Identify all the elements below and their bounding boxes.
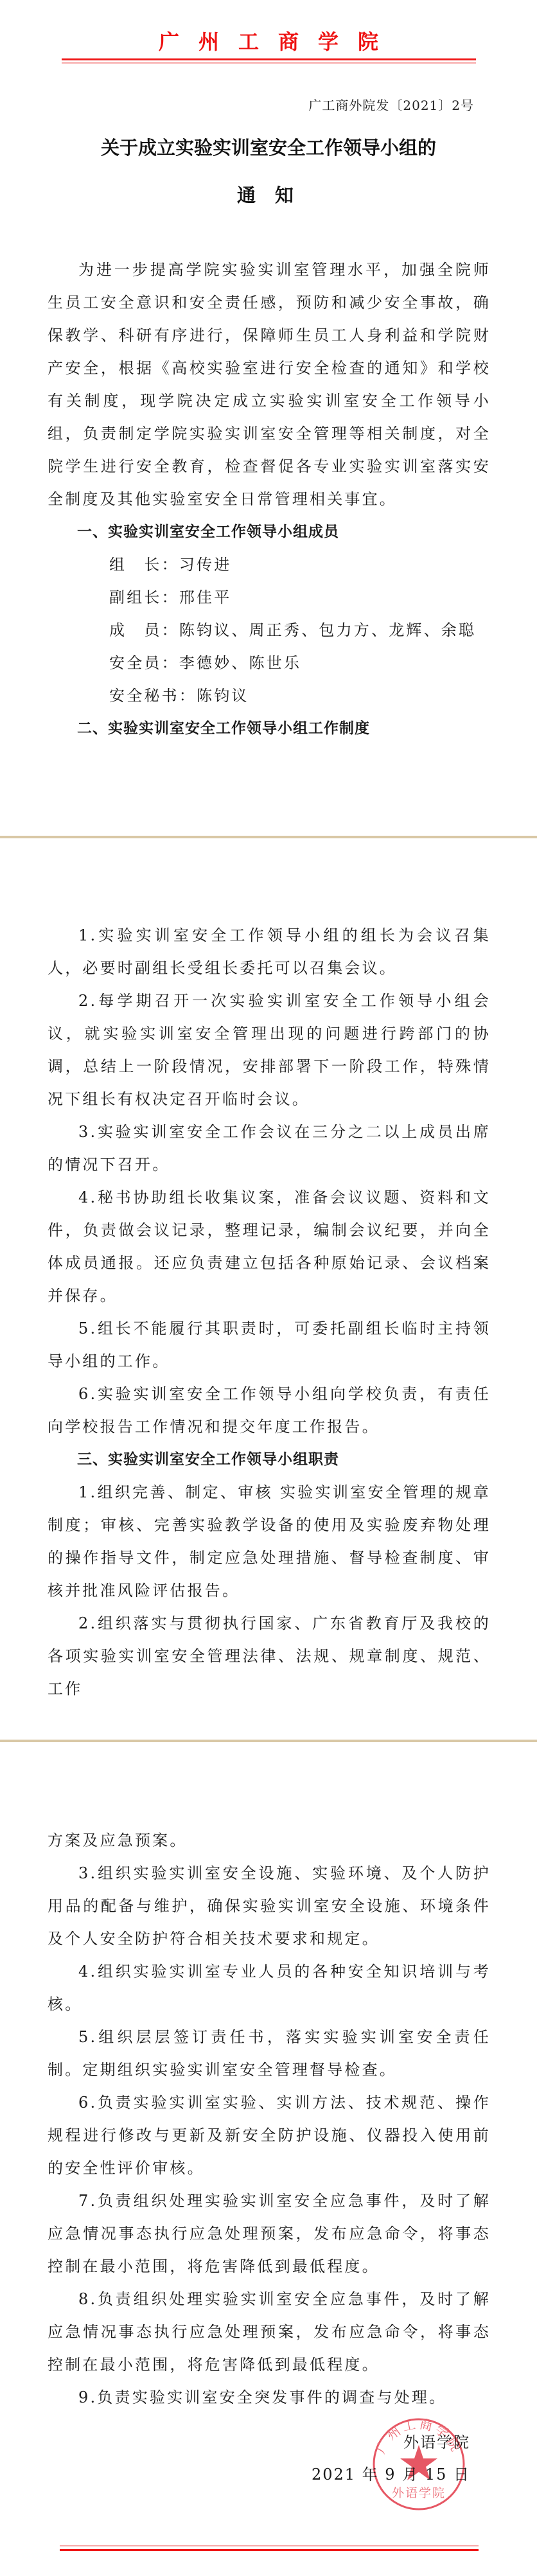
member-leader: 组 长：习传进 bbox=[48, 549, 491, 581]
member-members: 成 员：陈钧议、周正秀、包力方、龙辉、余聪 bbox=[48, 614, 491, 647]
document-title-line2: 通 知 bbox=[0, 181, 537, 207]
signature-date: 2021 年 9 月 15 日 bbox=[312, 2462, 470, 2484]
section-2-heading: 二、实验实训室安全工作领导小组工作制度 bbox=[48, 712, 491, 745]
duty-item: 7.负责组织处理实验实训室安全应急事件，及时了解应急情况事态执行应急处理预案，发… bbox=[48, 2185, 491, 2283]
duty-item: 2.组织落实与贯彻执行国家、广东省教育厅及我校的各项实验实训室安全管理法律、法规… bbox=[48, 1607, 491, 1706]
duty-item: 1.组织完善、制定、审核 实验实训室安全管理的规章制度；审核、完善实验教学设备的… bbox=[48, 1476, 491, 1607]
duty-item-continued: 方案及应急预案。 bbox=[48, 1824, 491, 1857]
stamp-bottom-text: 外语学院 bbox=[392, 2486, 446, 2500]
member-role-label: 成 员： bbox=[78, 614, 179, 647]
duty-item: 5.组织层层签订责任书，落实实验实训室安全责任制。定期组织实验实训室安全管理督导… bbox=[48, 2021, 491, 2086]
member-names: 李德妙、陈世乐 bbox=[179, 654, 301, 672]
member-safety-officers: 安全员：李德妙、陈世乐 bbox=[48, 647, 491, 680]
member-role-label: 安全秘书： bbox=[78, 680, 197, 712]
section-2-block: 1.实验实训室安全工作领导小组的组长为会议召集人，必要时副组长受组长委托可以召集… bbox=[48, 919, 491, 1706]
duty-item: 9.负责实验实训室安全突发事件的调查与处理。 bbox=[48, 2381, 491, 2414]
rule-item: 2.每学期召开一次实验实训室安全工作领导小组会议，就实验实训室安全管理出现的问题… bbox=[48, 985, 491, 1116]
member-names: 邢佳平 bbox=[179, 588, 232, 606]
rule-item: 3.实验实训室安全工作会议在三分之二以上成员出席的情况下召开。 bbox=[48, 1116, 491, 1181]
page-2: 1.实验实训室安全工作领导小组的组长为会议召集人，必要时副组长受组长委托可以召集… bbox=[0, 838, 537, 1740]
member-names: 习传进 bbox=[179, 556, 232, 574]
member-names: 陈钧议、周正秀、包力方、龙辉、余聪 bbox=[179, 621, 476, 639]
page-1: 广州工商学院 广工商外院发〔2021〕2号 关于成立实验实训室安全工作领导小组的… bbox=[0, 0, 537, 836]
member-role-label: 组 长： bbox=[78, 549, 179, 581]
duty-item: 8.负责组织处理实验实训室安全应急事件，及时了解应急情况事态执行应急处理预案，发… bbox=[48, 2283, 491, 2381]
header-red-rule-thin bbox=[62, 62, 476, 64]
member-deputy-leader: 副组长：邢佳平 bbox=[48, 581, 491, 614]
section-3-block: 方案及应急预案。 3.组织实验实训室安全设施、实验环境、及个人防护用品的配备与维… bbox=[48, 1824, 491, 2414]
footer-red-rule bbox=[60, 2549, 479, 2551]
section-1-heading: 一、实验实训室安全工作领导小组成员 bbox=[48, 516, 491, 549]
duty-item: 6.负责实验实训室实验、实训方法、技术规范、操作规程进行修改与更新及新安全防护设… bbox=[48, 2086, 491, 2185]
intro-block: 为进一步提高学院实验实训室管理水平，加强全院师生员工安全意识和安全责任感，预防和… bbox=[48, 254, 491, 745]
header-red-rule bbox=[62, 58, 476, 60]
rule-item: 4.秘书协助组长收集议案，准备会议议题、资料和文件，负责做会议记录，整理记录，编… bbox=[48, 1181, 491, 1312]
rule-item: 5.组长不能履行其职责时，可委托副组长临时主持领导小组的工作。 bbox=[48, 1312, 491, 1378]
signature-department: 外语学院 bbox=[403, 2430, 470, 2452]
rule-item: 1.实验实训室安全工作领导小组的组长为会议召集人，必要时副组长受组长委托可以召集… bbox=[48, 919, 491, 985]
document-number: 广工商外院发〔2021〕2号 bbox=[308, 95, 474, 114]
member-safety-secretary: 安全秘书：陈钧议 bbox=[48, 680, 491, 712]
member-role-label: 安全员： bbox=[78, 647, 179, 680]
member-role-label: 副组长： bbox=[78, 581, 179, 614]
duty-item: 4.组织实验实训室专业人员的各种安全知识培训与考核。 bbox=[48, 1955, 491, 2021]
section-3-heading: 三、实验实训室安全工作领导小组职责 bbox=[48, 1443, 491, 1476]
footer-red-rule-thin bbox=[60, 2545, 479, 2546]
rule-item: 6.实验实训室安全工作领导小组向学校负责，有责任向学校报告工作情况和提交年度工作… bbox=[48, 1378, 491, 1443]
duty-item: 3.组织实验实训室安全设施、实验环境、及个人防护用品的配备与维护，确保实验实训室… bbox=[48, 1857, 491, 1955]
intro-paragraph: 为进一步提高学院实验实训室管理水平，加强全院师生员工安全意识和安全责任感，预防和… bbox=[48, 254, 491, 516]
member-names: 陈钧议 bbox=[197, 687, 249, 705]
institution-header: 广州工商学院 bbox=[0, 26, 537, 55]
document-title-line1: 关于成立实验实训室安全工作领导小组的 bbox=[0, 134, 537, 160]
